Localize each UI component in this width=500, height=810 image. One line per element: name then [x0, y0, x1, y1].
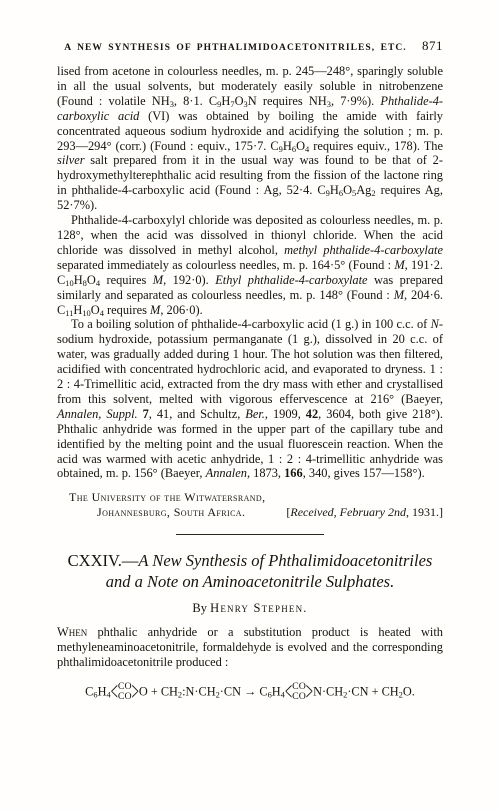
location-line: Johannesburg, South Africa.: [57, 505, 245, 520]
running-title: A NEW SYNTHESIS OF PHTHALIMIDOACETONITRI…: [57, 43, 414, 53]
page-number: 871: [414, 38, 443, 54]
location-received-line: Johannesburg, South Africa. [Received, F…: [57, 505, 443, 520]
formula-bracket: >: [306, 676, 313, 709]
address-block: The University of the Witwatersrand, Joh…: [57, 490, 443, 520]
equation-row: C6H4<COCO>O + CH2:N·CH2·CN → C6H4<COCO>N…: [14, 683, 486, 703]
paragraph-continued: lised from acetone in colourless needles…: [57, 64, 443, 213]
formula-co-stack: COCO: [292, 682, 306, 702]
received-note: [Received, February 2nd, 1931.]: [286, 505, 443, 520]
formula-bracket: >: [132, 676, 139, 709]
article-body: lised from acetone in colourless needles…: [57, 64, 443, 481]
formula-bracket: <: [111, 676, 118, 709]
paragraph-acid-chloride: Phthalide-4-carboxylyl chloride was depo…: [57, 213, 443, 317]
formula-bracket: <: [285, 676, 292, 709]
university-line: The University of the Witwatersrand,: [57, 490, 443, 505]
formula-co-stack: COCO: [118, 682, 132, 702]
chemical-equation: C6H4<COCO>O + CH2:N·CH2·CN → C6H4<COCO>N…: [85, 683, 415, 703]
paragraph-oxidation: To a boiling solution of phthalide-4-car…: [57, 317, 443, 481]
running-header: A NEW SYNTHESIS OF PHTHALIMIDOACETONITRI…: [57, 0, 443, 54]
intro-section: When phthalic anhydride or a substitutio…: [57, 625, 443, 670]
section-rule: [176, 534, 324, 535]
article-title: CXXIV.—A New Synthesis of Phthalimidoace…: [57, 550, 443, 592]
journal-page: A NEW SYNTHESIS OF PHTHALIMIDOACETONITRI…: [0, 0, 500, 810]
intro-paragraph: When phthalic anhydride or a substitutio…: [57, 625, 443, 670]
article-byline: By Henry Stephen.: [57, 601, 443, 616]
